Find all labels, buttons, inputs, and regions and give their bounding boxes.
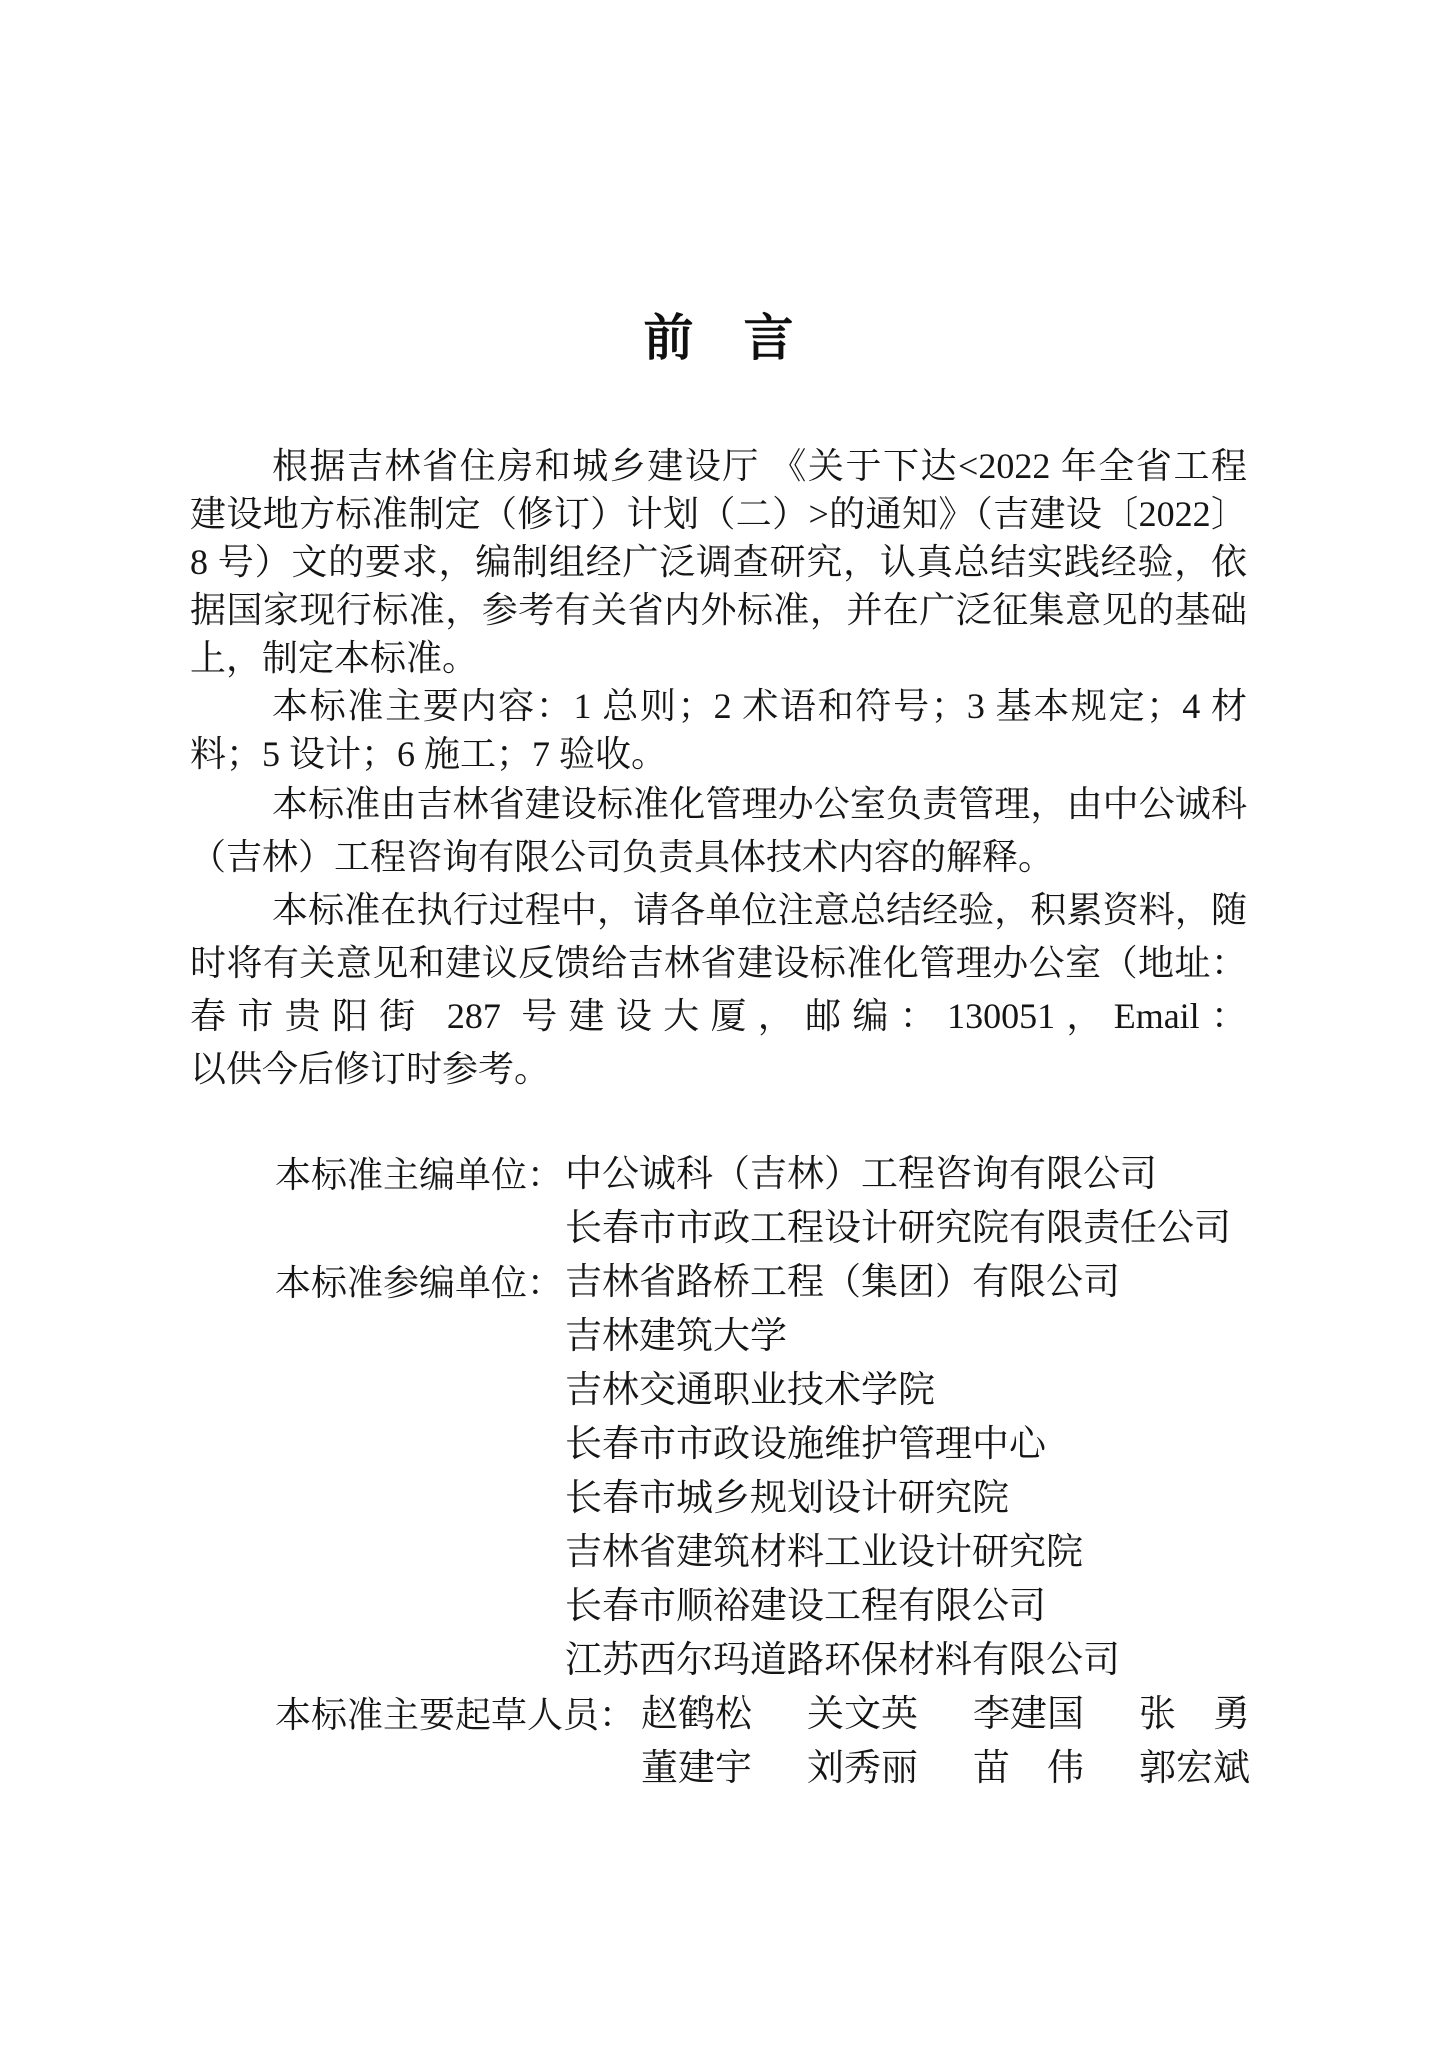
unit-row: 长春市顺裕建设工程有限公司 [190,1580,1247,1634]
text-line: 根据吉林省住房和城乡建设厅 《关于下达<2022 年全省工程 [190,442,1247,490]
text-line: 时将有关意见和建议反馈给吉林省建设标准化管理办公室（地址：长 [190,937,1247,990]
unit-value: 吉林省建筑材料工业设计研究院 [565,1526,1083,1580]
drafters-label [275,1742,641,1796]
unit-label [275,1364,565,1418]
unit-row: 本标准主编单位：中公诚科（吉林）工程咨询有限公司 [190,1148,1247,1202]
unit-label: 本标准参编单位： [275,1256,565,1310]
page-content: 前 言 根据吉林省住房和城乡建设厅 《关于下达<2022 年全省工程建设地方标准… [190,0,1247,1796]
text-line: 8 号）文的要求，编制组经广泛调查研究，认真总结实践经验，依 [190,538,1247,586]
drafters-row: 本标准主要起草人员：赵鹤松关文英李建国张 勇 [190,1688,1247,1742]
text-line: （吉林）工程咨询有限公司负责具体技术内容的解释。 [190,831,1247,884]
unit-label [275,1472,565,1526]
drafter-names: 董建宇刘秀丽苗 伟郭宏斌 [641,1742,1250,1796]
unit-value: 长春市市政设施维护管理中心 [565,1418,1046,1472]
drafter-name: 关文英 [807,1688,973,1742]
foreword-paragraph: 本标准在执行过程中，请各单位注意总结经验，积累资料，随时将有关意见和建议反馈给吉… [190,884,1247,1096]
foreword-paragraph: 本标准主要内容：1 总则；2 术语和符号；3 基本规定；4 材料；5 设计；6 … [190,682,1247,778]
unit-row: 吉林交通职业技术学院 [190,1364,1247,1418]
text-line: 本标准在执行过程中，请各单位注意总结经验，积累资料，随 [190,884,1247,937]
unit-label [275,1634,565,1688]
text-line: 料；5 设计；6 施工；7 验收。 [190,730,1247,778]
unit-value: 长春市城乡规划设计研究院 [565,1472,1009,1526]
drafter-name: 李建国 [973,1688,1139,1742]
document-page: 前 言 根据吉林省住房和城乡建设厅 《关于下达<2022 年全省工程建设地方标准… [0,0,1447,2048]
drafters-row: 董建宇刘秀丽苗 伟郭宏斌 [190,1742,1247,1796]
text-line: 以供今后修订时参考。 [190,1043,1247,1096]
unit-label [275,1526,565,1580]
text-line: 春市贵阳街 287 号建设大厦，邮编：130051，Email：jljsbz@1… [190,990,1247,1043]
unit-value: 吉林交通职业技术学院 [565,1364,935,1418]
unit-row: 本标准参编单位：吉林省路桥工程（集团）有限公司 [190,1256,1247,1310]
units-list: 本标准主编单位：中公诚科（吉林）工程咨询有限公司长春市市政工程设计研究院有限责任… [190,1148,1247,1796]
unit-row: 吉林建筑大学 [190,1310,1247,1364]
unit-label [275,1202,565,1256]
foreword-paragraph: 本标准由吉林省建设标准化管理办公室负责管理，由中公诚科（吉林）工程咨询有限公司负… [190,778,1247,884]
foreword-paragraph: 根据吉林省住房和城乡建设厅 《关于下达<2022 年全省工程建设地方标准制定（修… [190,442,1247,682]
drafters-label: 本标准主要起草人员： [275,1688,641,1742]
page-title: 前 言 [190,0,1247,366]
unit-row: 江苏西尔玛道路环保材料有限公司 [190,1634,1247,1688]
unit-row: 长春市市政设施维护管理中心 [190,1418,1247,1472]
drafter-name: 苗 伟 [973,1742,1139,1796]
unit-value: 吉林建筑大学 [565,1310,787,1364]
unit-value: 江苏西尔玛道路环保材料有限公司 [565,1634,1120,1688]
unit-row: 长春市城乡规划设计研究院 [190,1472,1247,1526]
drafter-name: 董建宇 [641,1742,807,1796]
unit-label [275,1580,565,1634]
unit-value: 长春市市政工程设计研究院有限责任公司 [565,1202,1231,1256]
text-line: 本标准由吉林省建设标准化管理办公室负责管理，由中公诚科 [190,778,1247,831]
unit-value: 吉林省路桥工程（集团）有限公司 [565,1256,1120,1310]
unit-label [275,1310,565,1364]
unit-value: 中公诚科（吉林）工程咨询有限公司 [565,1148,1157,1202]
text-line: 据国家现行标准，参考有关省内外标准，并在广泛征集意见的基础 [190,586,1247,634]
text-line: 建设地方标准制定（修订）计划（二）>的通知》（吉建设〔2022〕 [190,490,1247,538]
drafter-name: 赵鹤松 [641,1688,807,1742]
unit-label: 本标准主编单位： [275,1148,565,1202]
text-line: 上，制定本标准。 [190,634,1247,682]
drafter-name: 郭宏斌 [1139,1742,1250,1796]
foreword-body: 根据吉林省住房和城乡建设厅 《关于下达<2022 年全省工程建设地方标准制定（修… [190,442,1247,1096]
drafter-name: 刘秀丽 [807,1742,973,1796]
unit-value: 长春市顺裕建设工程有限公司 [565,1580,1046,1634]
unit-row: 吉林省建筑材料工业设计研究院 [190,1526,1247,1580]
unit-label [275,1418,565,1472]
unit-row: 长春市市政工程设计研究院有限责任公司 [190,1202,1247,1256]
drafter-name: 张 勇 [1139,1688,1250,1742]
text-line: 本标准主要内容：1 总则；2 术语和符号；3 基本规定；4 材 [190,682,1247,730]
drafter-names: 赵鹤松关文英李建国张 勇 [641,1688,1250,1742]
